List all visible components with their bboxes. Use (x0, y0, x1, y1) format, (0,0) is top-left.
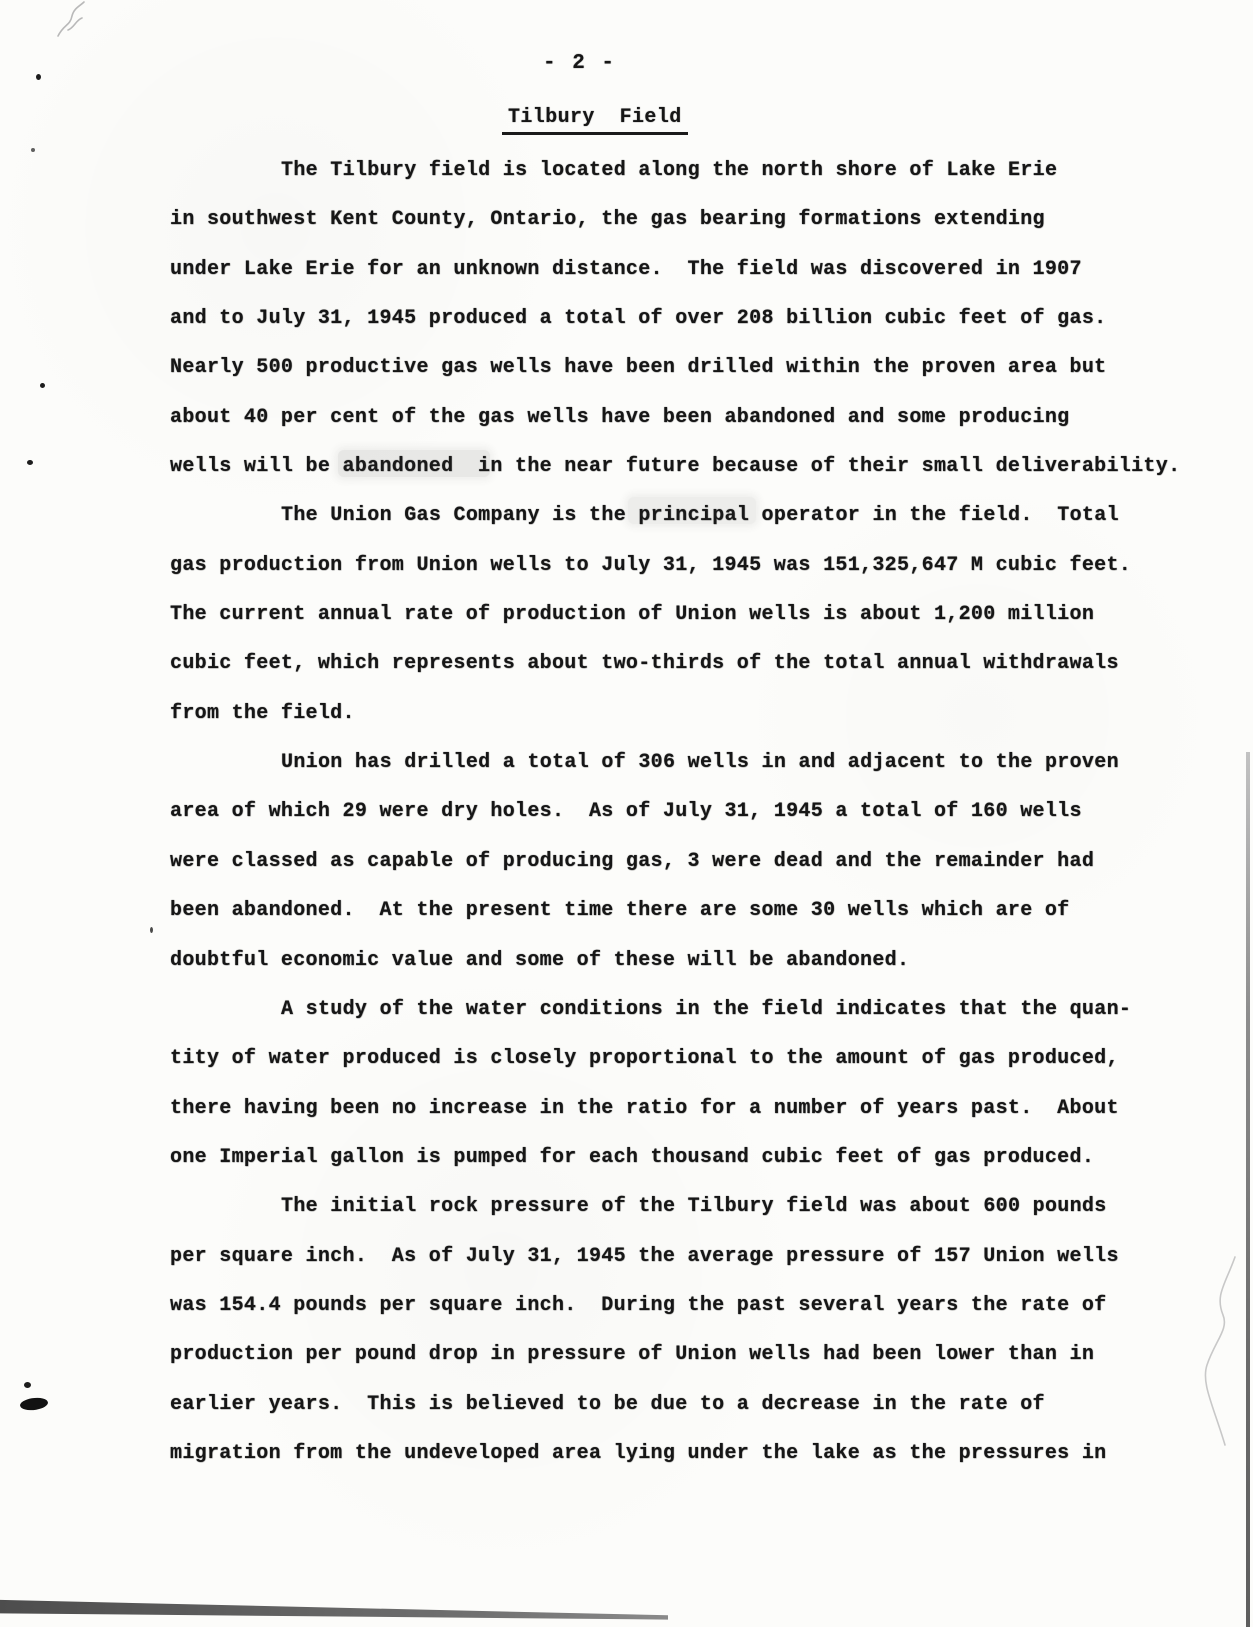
text-line: area of which 29 were dry holes. As of J… (170, 787, 1230, 836)
scan-speck (27, 460, 33, 465)
text-line: cubic feet, which represents about two-t… (170, 639, 1230, 688)
text-line: from the field. (170, 689, 1230, 738)
scan-blot (19, 1396, 49, 1412)
scan-speck (24, 1382, 31, 1388)
text-line: Union has drilled a total of 306 wells i… (170, 738, 1230, 787)
text-line: per square inch. As of July 31, 1945 the… (170, 1232, 1230, 1281)
paragraph: Union has drilled a total of 306 wells i… (170, 738, 1230, 985)
paragraph: The Union Gas Company is the principal o… (170, 491, 1230, 738)
scan-speck (150, 927, 153, 933)
text-line: The Union Gas Company is the principal o… (170, 491, 1230, 540)
text-line: about 40 per cent of the gas wells have … (170, 393, 1230, 442)
scan-speck (31, 148, 35, 152)
text-line: under Lake Erie for an unknown distance.… (170, 245, 1230, 294)
paragraph: A study of the water conditions in the f… (170, 985, 1230, 1182)
paragraph: The Tilbury field is located along the n… (170, 146, 1230, 491)
scanner-edge-shadow (0, 1598, 668, 1622)
text-line: one Imperial gallon is pumped for each t… (170, 1133, 1230, 1182)
document-title: Tilbury Field (502, 106, 688, 135)
text-line: Nearly 500 productive gas wells have bee… (170, 343, 1230, 392)
text-line: was 154.4 pounds per square inch. During… (170, 1281, 1230, 1330)
text-line: production per pound drop in pressure of… (170, 1330, 1230, 1379)
page-number: - 2 - (543, 52, 616, 75)
text-line: The current annual rate of production of… (170, 590, 1230, 639)
text-line: wells will be abandoned in the near futu… (170, 442, 1230, 491)
text-line: A study of the water conditions in the f… (170, 985, 1230, 1034)
text-line: The initial rock pressure of the Tilbury… (170, 1182, 1230, 1231)
text-line: and to July 31, 1945 produced a total of… (170, 294, 1230, 343)
pencil-squiggle (50, 0, 100, 40)
paragraph: The initial rock pressure of the Tilbury… (170, 1182, 1230, 1478)
text-line: gas production from Union wells to July … (170, 541, 1230, 590)
document-body: The Tilbury field is located along the n… (170, 146, 1230, 1478)
scan-speck (40, 383, 45, 388)
text-line: there having been no increase in the rat… (170, 1084, 1230, 1133)
text-line: migration from the undeveloped area lyin… (170, 1429, 1230, 1478)
text-line: in southwest Kent County, Ontario, the g… (170, 195, 1230, 244)
scanner-edge-line (1246, 752, 1250, 1627)
text-line: been abandoned. At the present time ther… (170, 886, 1230, 935)
scan-speck (36, 74, 41, 80)
text-line: were classed as capable of producing gas… (170, 837, 1230, 886)
text-line: tity of water produced is closely propor… (170, 1034, 1230, 1083)
scanned-document-page: - 2 - Tilbury Field The Tilbury field is… (0, 0, 1253, 1627)
text-line: earlier years. This is believed to be du… (170, 1380, 1230, 1429)
text-line: doubtful economic value and some of thes… (170, 936, 1230, 985)
text-line: The Tilbury field is located along the n… (170, 146, 1230, 195)
